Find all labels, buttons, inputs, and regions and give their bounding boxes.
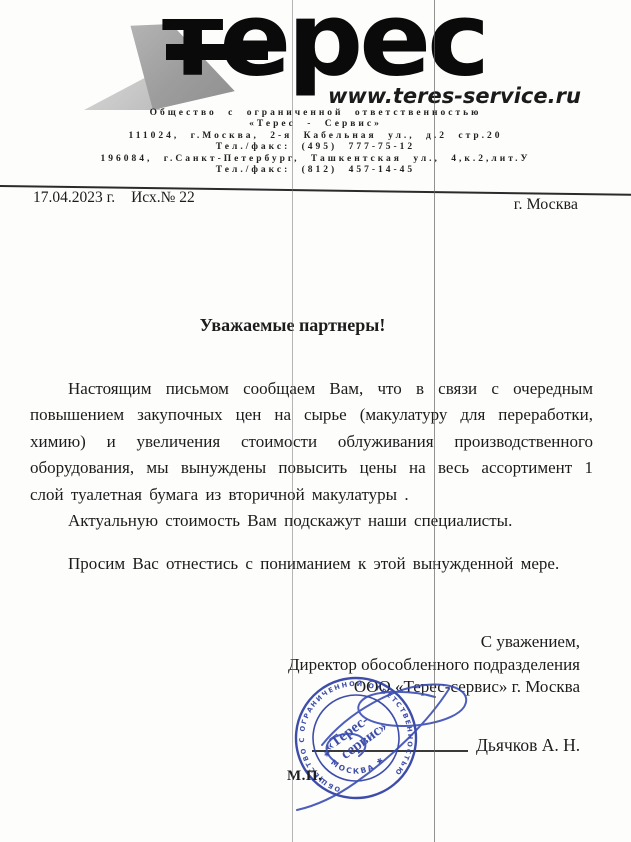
letterhead-phone-moscow: Тел./факс: (495) 777-75-12 xyxy=(0,142,631,153)
logo-website: www.teres-service.ru xyxy=(328,84,581,108)
letterhead-address-moscow: 111024, г.Москва, 2-я Кабельная ул., д.2… xyxy=(0,131,631,142)
paragraph-understanding: Просим Вас отнестись с пониманием к этой… xyxy=(30,551,593,578)
company-stamp: ОБЩЕСТВО С ОГРАНИЧЕННОЙ ОТВЕТСТВЕННОСТЬЮ… xyxy=(283,665,428,810)
paragraph-actual-price: Актуальную стоимость Вам подскажут наши … xyxy=(30,508,593,535)
letter-body: Уважаемые партнеры! Настоящим письмом со… xyxy=(30,312,593,577)
letterhead-company-name: «Терес - Сервис» xyxy=(0,119,631,130)
logo-t-bar xyxy=(166,44,268,60)
signatory-name: Дьячков А. Н. xyxy=(476,735,580,756)
letterhead-company-form: Общество с ограниченной ответственностью xyxy=(0,108,631,119)
fold-line-left xyxy=(292,0,293,842)
salutation: Уважаемые партнеры! xyxy=(30,312,593,339)
letter-page: терес www.teres-service.ru Общество с ог… xyxy=(0,0,631,842)
company-logo: терес www.teres-service.ru xyxy=(0,0,631,115)
letterhead-address-spb: 196084, г.Санкт-Петербург, Ташкентская у… xyxy=(0,154,631,165)
letter-city: г. Москва xyxy=(514,196,578,214)
fold-line-right xyxy=(434,0,435,842)
letterhead-phone-spb: Тел./факс: (812) 457-14-45 xyxy=(0,165,631,176)
letter-date: 17.04.2023 г. xyxy=(33,189,115,206)
closing-regards: С уважением, xyxy=(30,631,580,654)
letter-ref-number: Исх.№ 22 xyxy=(131,189,195,206)
date-line: 17.04.2023 г.Исх.№ 22 xyxy=(33,189,195,207)
letterhead-address: Общество с ограниченной ответственностью… xyxy=(0,108,631,176)
paragraph-price-increase: Настоящим письмом сообщаем Вам, что в св… xyxy=(30,376,593,509)
